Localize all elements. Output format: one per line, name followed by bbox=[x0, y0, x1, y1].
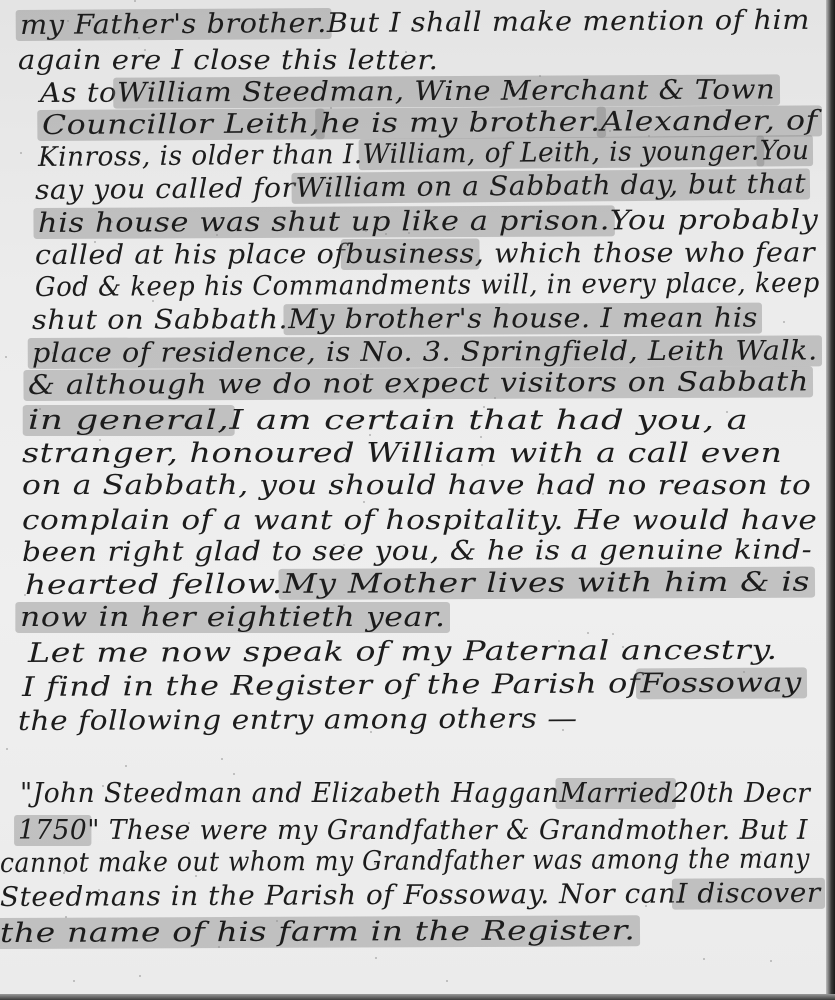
paper-speck bbox=[539, 75, 541, 77]
highlighted-phrase: My brother's house. I mean his bbox=[284, 303, 762, 336]
paper-speck bbox=[195, 875, 197, 877]
handwritten-line: shut on Sabbath. My brother's house. I m… bbox=[32, 303, 758, 336]
paper-speck bbox=[587, 632, 589, 634]
paper-speck bbox=[67, 67, 69, 69]
paper-speck bbox=[20, 152, 22, 154]
paper-speck bbox=[558, 640, 560, 642]
highlighted-phrase: Married bbox=[556, 778, 676, 809]
text-phrase: shut on Sabbath. bbox=[32, 304, 288, 336]
handwritten-line: the name of his farm in the Register. bbox=[0, 915, 636, 949]
text-phrase: on a Sabbath, you should have had no rea… bbox=[22, 470, 811, 501]
paper-speck bbox=[138, 37, 140, 39]
paper-speck bbox=[440, 822, 442, 824]
paper-speck bbox=[562, 729, 564, 731]
paper-speck bbox=[442, 897, 444, 899]
paper-speck bbox=[511, 85, 513, 87]
paper-speck bbox=[459, 482, 461, 484]
text-phrase: " These were my Grandfather & Grandmothe… bbox=[87, 815, 808, 846]
paper-speck bbox=[433, 417, 435, 419]
paper-speck bbox=[385, 233, 387, 235]
paper-speck bbox=[233, 773, 235, 775]
scan-edge-right bbox=[826, 0, 835, 1000]
handwritten-line: stranger, honoured William with a call e… bbox=[22, 438, 783, 469]
highlighted-phrase: William Steedman, Wine Merchant & Town bbox=[113, 74, 780, 108]
paper-speck bbox=[770, 960, 772, 962]
text-phrase: the following entry among others — bbox=[18, 703, 578, 737]
paper-speck bbox=[218, 946, 220, 948]
text-phrase: complain of a want of hospitality. He wo… bbox=[22, 505, 817, 536]
paper-speck bbox=[691, 144, 693, 146]
paper-speck bbox=[579, 690, 581, 692]
paper-speck bbox=[743, 671, 745, 673]
paper-speck bbox=[648, 135, 650, 137]
paper-speck bbox=[783, 187, 785, 189]
text-phrase: I am certain that had you, a bbox=[229, 405, 748, 436]
text-phrase: called at his place of bbox=[35, 239, 346, 271]
highlighted-phrase: I discover bbox=[672, 878, 825, 910]
highlighted-phrase: Councillor Leith, bbox=[37, 108, 325, 141]
handwritten-line: I find in the Register of the Parish of … bbox=[22, 667, 802, 703]
paper-speck bbox=[374, 863, 376, 865]
paper-speck bbox=[139, 975, 141, 977]
handwritten-line: & although we do not expect visitors on … bbox=[28, 366, 809, 401]
paper-speck bbox=[645, 905, 647, 907]
paper-speck bbox=[125, 765, 127, 767]
highlighted-phrase: my Father's brother. bbox=[16, 8, 332, 41]
handwritten-line: "John Steedman and Elizabeth Haggan Marr… bbox=[20, 778, 810, 809]
paper-speck bbox=[359, 830, 361, 832]
text-phrase: I find in the Register of the Parish of bbox=[22, 668, 641, 703]
text-phrase: God & keep his Commandments will, in eve… bbox=[35, 268, 820, 303]
paper-speck bbox=[391, 410, 393, 412]
text-phrase: But I shall make mention of him bbox=[327, 5, 810, 39]
text-phrase: You probably bbox=[610, 204, 819, 236]
paper-speck bbox=[622, 646, 624, 648]
paper-speck bbox=[494, 397, 496, 399]
text-phrase: Let me now speak of my Paternal ancestry… bbox=[28, 635, 778, 669]
paper-speck bbox=[448, 327, 450, 329]
paper-speck bbox=[734, 261, 736, 263]
highlighted-phrase: he is my brother. bbox=[316, 107, 606, 140]
paper-speck bbox=[405, 51, 407, 53]
paper-speck bbox=[375, 957, 377, 959]
highlighted-phrase: now in her eightieth year. bbox=[15, 602, 450, 633]
handwritten-line: the following entry among others — bbox=[18, 703, 578, 737]
paper-speck bbox=[63, 872, 65, 874]
handwritten-line: in general, I am certain that had you, a bbox=[28, 405, 748, 436]
paper-speck bbox=[609, 130, 611, 132]
highlighted-phrase: his house was shut up like a prison. bbox=[33, 205, 614, 239]
handwritten-line: Let me now speak of my Paternal ancestry… bbox=[28, 635, 778, 669]
handwritten-line: now in her eightieth year. bbox=[20, 602, 446, 633]
paper-speck bbox=[229, 483, 231, 485]
paper-speck bbox=[102, 785, 104, 787]
paper-speck bbox=[483, 406, 485, 408]
paper-speck bbox=[134, 0, 136, 2]
paper-speck bbox=[98, 889, 100, 891]
handwritten-line: place of residence, is No. 3. Springfiel… bbox=[32, 335, 818, 369]
paper-speck bbox=[370, 731, 372, 733]
paper-speck bbox=[152, 300, 154, 302]
paper-speck bbox=[73, 980, 75, 982]
paper-speck bbox=[369, 434, 371, 436]
paper-speck bbox=[726, 411, 728, 413]
text-phrase: 20th Decr bbox=[672, 778, 810, 809]
handwritten-line: God & keep his Commandments will, in eve… bbox=[35, 268, 820, 303]
text-phrase: Steedmans in the Parish of Fossoway. Nor… bbox=[0, 879, 676, 913]
text-phrase: been right glad to see you, & he is a ge… bbox=[22, 534, 812, 568]
paper-speck bbox=[454, 23, 456, 25]
highlighted-phrase: You bbox=[756, 135, 813, 167]
paper-speck bbox=[360, 373, 362, 375]
paper-speck bbox=[276, 920, 278, 922]
handwritten-line: As to William Steedman, Wine Merchant & … bbox=[40, 74, 775, 109]
highlighted-phrase: William, of Leith, is younger. bbox=[359, 136, 764, 171]
paper-speck bbox=[288, 346, 290, 348]
handwritten-line: Kinross, is older than I. William, of Le… bbox=[38, 135, 810, 173]
text-phrase: cannot make out whom my Grandfather was … bbox=[0, 843, 810, 879]
paper-speck bbox=[363, 501, 365, 503]
paper-speck bbox=[5, 356, 7, 358]
paper-speck bbox=[359, 490, 361, 492]
text-phrase: again ere I close this letter. bbox=[18, 45, 438, 76]
paper-speck bbox=[219, 355, 221, 357]
text-phrase: stranger, honoured William with a call e… bbox=[22, 438, 783, 469]
paper-speck bbox=[330, 107, 332, 109]
paper-speck bbox=[703, 958, 705, 960]
paper-speck bbox=[67, 20, 69, 22]
paper-speck bbox=[94, 241, 96, 243]
paper-speck bbox=[541, 860, 543, 862]
paper-speck bbox=[542, 493, 544, 495]
paper-speck bbox=[39, 408, 41, 410]
highlighted-phrase: Alexander, of bbox=[596, 105, 823, 137]
handwritten-line: on a Sabbath, you should have had no rea… bbox=[22, 470, 811, 501]
paper-speck bbox=[265, 353, 267, 355]
text-phrase: say you called for bbox=[35, 173, 296, 206]
paper-speck bbox=[520, 821, 522, 823]
paper-speck bbox=[446, 980, 448, 982]
paper-speck bbox=[111, 221, 113, 223]
highlighted-phrase: place of residence, is No. 3. Springfiel… bbox=[28, 335, 822, 369]
highlighted-phrase: Fossoway bbox=[636, 667, 807, 699]
paper-speck bbox=[65, 916, 67, 918]
paper-speck bbox=[24, 594, 26, 596]
paper-speck bbox=[481, 464, 483, 466]
paper-speck bbox=[408, 695, 410, 697]
text-phrase: , which those who fear bbox=[475, 237, 816, 269]
handwritten-line: his house was shut up like a prison. You… bbox=[38, 204, 819, 239]
handwritten-line: complain of a want of hospitality. He wo… bbox=[22, 505, 817, 536]
paper-speck bbox=[402, 555, 404, 557]
handwritten-line: say you called for William on a Sabbath … bbox=[35, 169, 806, 206]
handwritten-line: again ere I close this letter. bbox=[18, 45, 438, 76]
highlighted-phrase: My Mother lives with him & is bbox=[278, 567, 815, 600]
paper-speck bbox=[760, 851, 762, 853]
highlighted-phrase: the name of his farm in the Register. bbox=[0, 915, 640, 949]
paper-speck bbox=[612, 633, 614, 635]
paper-speck bbox=[52, 352, 54, 354]
paper-speck bbox=[365, 230, 367, 232]
text-phrase: "John Steedman and Elizabeth Haggan bbox=[20, 778, 559, 809]
paper-speck bbox=[216, 234, 218, 236]
paper-speck bbox=[343, 544, 345, 546]
highlighted-phrase: 1750 bbox=[14, 815, 91, 846]
scan-edge-bottom bbox=[0, 994, 835, 1000]
paper-speck bbox=[176, 389, 178, 391]
handwritten-line: my Father's brother. But I shall make me… bbox=[20, 5, 810, 41]
paper-speck bbox=[408, 232, 410, 234]
handwritten-line: called at his place of business, which t… bbox=[35, 237, 815, 271]
paper-speck bbox=[783, 321, 785, 323]
paper-speck bbox=[188, 822, 190, 824]
highlighted-phrase: & although we do not expect visitors on … bbox=[23, 366, 813, 401]
text-phrase: hearted fellow. bbox=[25, 569, 283, 601]
paper-speck bbox=[188, 293, 190, 295]
highlighted-phrase: in general, bbox=[23, 405, 235, 436]
handwritten-line: 1750" These were my Grandfather & Grandm… bbox=[18, 815, 808, 846]
paper-speck bbox=[480, 436, 482, 438]
paper-speck bbox=[550, 278, 552, 280]
paper-speck bbox=[221, 758, 223, 760]
highlighted-phrase: business bbox=[341, 239, 479, 270]
handwritten-line: Steedmans in the Parish of Fossoway. Nor… bbox=[0, 878, 821, 913]
paper-speck bbox=[99, 439, 101, 441]
handwritten-line: cannot make out whom my Grandfather was … bbox=[0, 843, 810, 879]
handwritten-line: hearted fellow. My Mother lives with him… bbox=[25, 567, 810, 601]
paper-speck bbox=[144, 49, 146, 51]
handwritten-line: been right glad to see you, & he is a ge… bbox=[22, 534, 812, 568]
text-phrase: Kinross, is older than I. bbox=[38, 139, 363, 173]
manuscript-page: my Father's brother. But I shall make me… bbox=[0, 0, 826, 994]
paper-speck bbox=[369, 89, 371, 91]
paper-speck bbox=[551, 156, 553, 158]
text-phrase: As to bbox=[40, 78, 117, 109]
highlighted-phrase: William on a Sabbath day, but that bbox=[291, 169, 810, 204]
paper-speck bbox=[6, 748, 8, 750]
